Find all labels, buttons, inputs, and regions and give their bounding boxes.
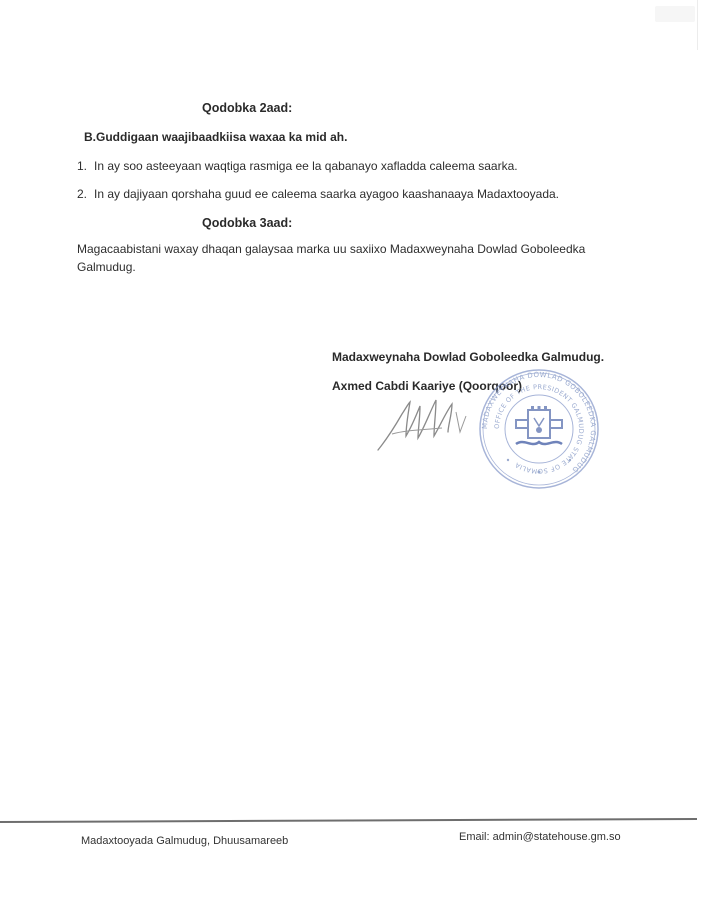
footer-email: Email: admin@statehouse.gm.so: [459, 831, 621, 843]
list-number: 2.: [77, 187, 94, 201]
section-3-paragraph: Magacaabistani waxay dhaqan galaysaa mar…: [77, 240, 637, 276]
handwritten-signature: [372, 390, 492, 460]
section-2-heading: Qodobka 2aad:: [202, 101, 292, 115]
official-seal: MADAXWEYNAHA DOWLAD GOBOLEEDKA GALMUDUG …: [478, 368, 600, 490]
list-item: 2.In ay dajiyaan qorshaha guud ee caleem…: [77, 187, 559, 201]
list-text: In ay soo asteeyaan waqtiga rasmiga ee l…: [94, 159, 518, 173]
corner-mark: [655, 6, 695, 22]
footer-divider: [0, 818, 697, 823]
signatory-title: Madaxweynaha Dowlad Goboleedka Galmudug.: [332, 350, 604, 364]
list-text: In ay dajiyaan qorshaha guud ee caleema …: [94, 187, 559, 201]
section-3-heading: Qodobka 3aad:: [202, 216, 292, 230]
page-edge: [697, 0, 698, 50]
list-number: 1.: [77, 159, 94, 173]
footer-address: Madaxtooyada Galmudug, Dhuusamareeb: [81, 835, 288, 847]
subheading: B.Guddigaan waajibaadkiisa waxaa ka mid …: [84, 130, 347, 144]
list-item: 1.In ay soo asteeyaan waqtiga rasmiga ee…: [77, 159, 518, 173]
document-page: Qodobka 2aad: B.Guddigaan waajibaadkiisa…: [0, 0, 720, 909]
